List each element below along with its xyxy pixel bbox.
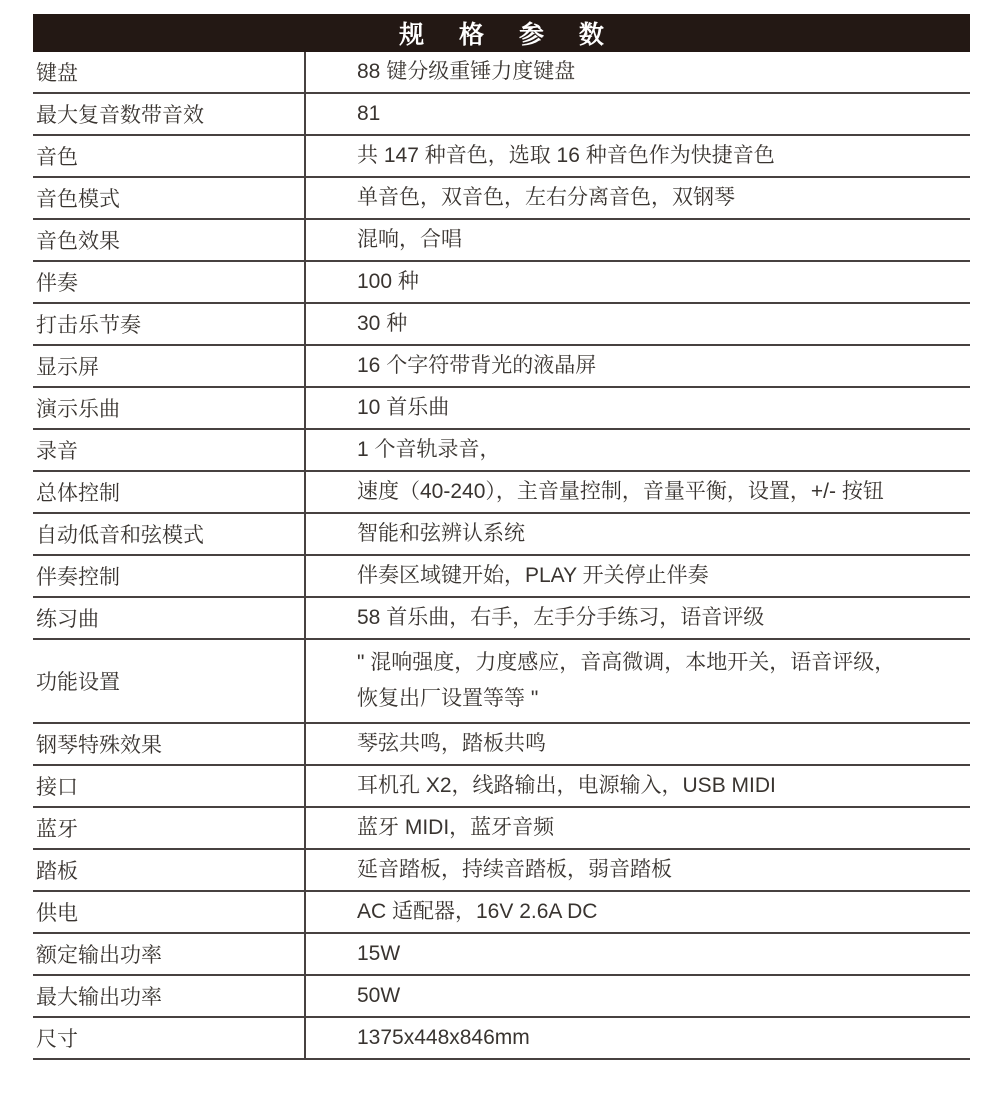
spec-label: 钢琴特殊效果 [33,724,304,764]
spec-row-demo-songs: 演示乐曲 10 首乐曲 [33,388,970,430]
spec-row-power-supply: 供电 AC 适配器，16V 2.6A DC [33,892,970,934]
spec-row-rated-output: 额定输出功率 15W [33,934,970,976]
spec-table: 规 格 参 数 键盘 88 键分级重锤力度键盘 最大复音数带音效 81 音色 共… [33,14,970,1060]
spec-row-etudes: 练习曲 58 首乐曲，右手，左手分手练习，语音评级 [33,598,970,640]
spec-value: 30 种 [304,304,970,344]
spec-value: 单音色，双音色，左右分离音色，双钢琴 [304,178,970,218]
spec-value: 15W [304,934,970,974]
spec-label: 总体控制 [33,472,304,512]
spec-row-function-settings: 功能设置 " 混响强度，力度感应，音高微调，本地开关，语音评级， 恢复出厂设置等… [33,640,970,724]
spec-label: 自动低音和弦模式 [33,514,304,554]
spec-label: 伴奏控制 [33,556,304,596]
spec-label: 音色模式 [33,178,304,218]
spec-row-pedals: 踏板 延音踏板，持续音踏板，弱音踏板 [33,850,970,892]
spec-value: 伴奏区域键开始，PLAY 开关停止伴奏 [304,556,970,596]
spec-value: 50W [304,976,970,1016]
spec-label: 最大输出功率 [33,976,304,1016]
spec-value: 81 [304,94,970,134]
spec-value: 88 键分级重锤力度键盘 [304,52,970,92]
spec-row-keyboard: 键盘 88 键分级重锤力度键盘 [33,52,970,94]
spec-label: 打击乐节奏 [33,304,304,344]
spec-row-display: 显示屏 16 个字符带背光的液晶屏 [33,346,970,388]
spec-label: 功能设置 [33,640,304,722]
spec-row-piano-effects: 钢琴特殊效果 琴弦共鸣，踏板共鸣 [33,724,970,766]
spec-label: 音色效果 [33,220,304,260]
spec-value: 16 个字符带背光的液晶屏 [304,346,970,386]
spec-label: 供电 [33,892,304,932]
spec-label: 尺寸 [33,1018,304,1058]
spec-value: 58 首乐曲，右手，左手分手练习，语音评级 [304,598,970,638]
spec-row-recording: 录音 1 个音轨录音， [33,430,970,472]
spec-row-voice-effects: 音色效果 混响，合唱 [33,220,970,262]
spec-row-auto-bass-chord: 自动低音和弦模式 智能和弦辨认系统 [33,514,970,556]
spec-row-ports: 接口 耳机孔 X2，线路输出，电源输入，USB MIDI [33,766,970,808]
spec-label: 音色 [33,136,304,176]
spec-value: " 混响强度，力度感应，音高微调，本地开关，语音评级， 恢复出厂设置等等 " [304,640,970,722]
spec-value: 琴弦共鸣，踏板共鸣 [304,724,970,764]
spec-value: AC 适配器，16V 2.6A DC [304,892,970,932]
spec-label: 键盘 [33,52,304,92]
spec-label: 显示屏 [33,346,304,386]
spec-label: 录音 [33,430,304,470]
table-title: 规 格 参 数 [33,14,970,52]
spec-value: 100 种 [304,262,970,302]
spec-row-accompaniment-control: 伴奏控制 伴奏区域键开始，PLAY 开关停止伴奏 [33,556,970,598]
spec-value: 耳机孔 X2，线路输出，电源输入，USB MIDI [304,766,970,806]
spec-row-dimensions: 尺寸 1375x448x846mm [33,1018,970,1060]
spec-value: 蓝牙 MIDI，蓝牙音频 [304,808,970,848]
spec-label: 最大复音数带音效 [33,94,304,134]
spec-value: 速度（40-240），主音量控制，音量平衡，设置，+/- 按钮 [304,472,970,512]
spec-value: 共 147 种音色，选取 16 种音色作为快捷音色 [304,136,970,176]
spec-value: 延音踏板，持续音踏板，弱音踏板 [304,850,970,890]
spec-label: 踏板 [33,850,304,890]
spec-value: 1 个音轨录音， [304,430,970,470]
spec-value: 10 首乐曲 [304,388,970,428]
spec-row-voice-modes: 音色模式 单音色，双音色，左右分离音色，双钢琴 [33,178,970,220]
spec-row-max-output: 最大输出功率 50W [33,976,970,1018]
spec-label: 伴奏 [33,262,304,302]
spec-label: 演示乐曲 [33,388,304,428]
spec-row-overall-controls: 总体控制 速度（40-240），主音量控制，音量平衡，设置，+/- 按钮 [33,472,970,514]
spec-label: 蓝牙 [33,808,304,848]
spec-row-polyphony: 最大复音数带音效 81 [33,94,970,136]
spec-row-voices: 音色 共 147 种音色，选取 16 种音色作为快捷音色 [33,136,970,178]
spec-label: 接口 [33,766,304,806]
spec-value: 1375x448x846mm [304,1018,970,1058]
spec-row-accompaniment: 伴奏 100 种 [33,262,970,304]
spec-row-percussion-rhythms: 打击乐节奏 30 种 [33,304,970,346]
spec-value: 智能和弦辨认系统 [304,514,970,554]
spec-row-bluetooth: 蓝牙 蓝牙 MIDI，蓝牙音频 [33,808,970,850]
spec-label: 额定输出功率 [33,934,304,974]
spec-value: 混响，合唱 [304,220,970,260]
spec-sheet-page: 规 格 参 数 键盘 88 键分级重锤力度键盘 最大复音数带音效 81 音色 共… [0,0,1000,1106]
spec-label: 练习曲 [33,598,304,638]
